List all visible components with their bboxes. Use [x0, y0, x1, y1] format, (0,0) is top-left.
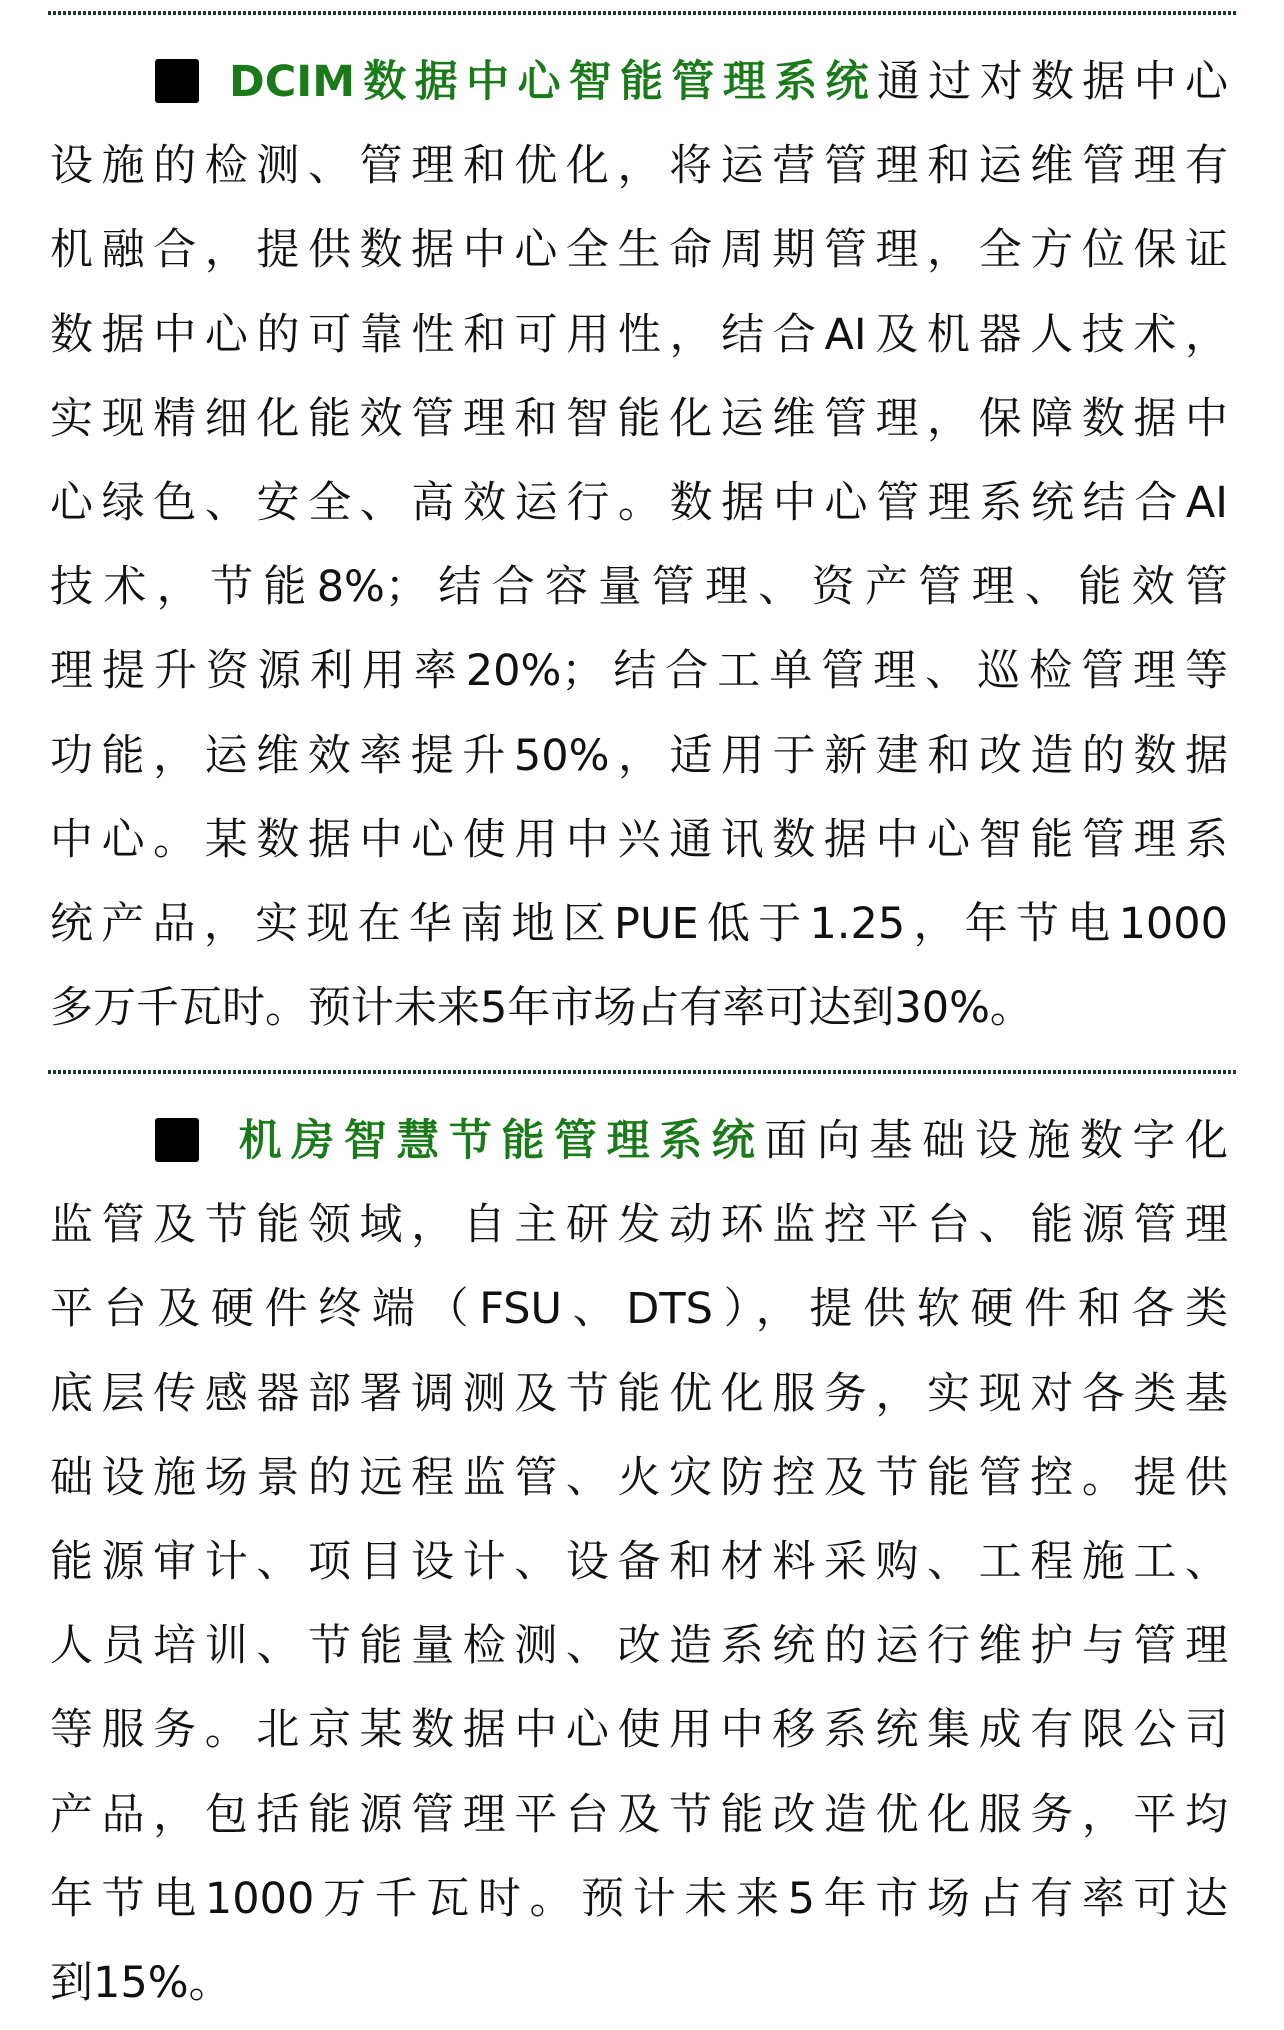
section-heading-line: DCIM数据中心智能管理系统通过对数据中心: [50, 40, 1228, 124]
body-line: 能源审计、项目设计、设备和材料采购、工程施工、: [50, 1520, 1228, 1604]
body-text: 通过对数据中心: [877, 57, 1228, 107]
body-line: 人员培训、节能量检测、改造系统的运行维护与管理: [50, 1604, 1228, 1688]
black-square-bullet-icon: [155, 59, 199, 103]
body-line: 平台及硬件终端（FSU、DTS），提供软硬件和各类: [50, 1267, 1228, 1351]
body-line: 设施的检测、管理和优化，将运营管理和运维管理有: [50, 124, 1228, 208]
body-line: 统产品，实现在华南地区PUE低于1.25，年节电1000: [50, 882, 1228, 966]
body-line: 中心。某数据中心使用中兴通讯数据中心智能管理系: [50, 798, 1228, 882]
section-heading-line: 机房智慧节能管理系统面向基础设施数字化: [50, 1099, 1228, 1183]
body-line: 心绿色、安全、高效运行。数据中心管理系统结合AI: [50, 461, 1228, 545]
body-line: 到15%。: [50, 1941, 1228, 2025]
body-line: 多万千瓦时。预计未来5年市场占有率可达到30%。: [50, 966, 1228, 1050]
body-line: 产品，包括能源管理平台及节能改造优化服务，平均: [50, 1773, 1228, 1857]
body-line: 监管及节能领域，自主研发动环监控平台、能源管理: [50, 1183, 1228, 1267]
body-line: 底层传感器部署调测及节能优化服务，实现对各类基: [50, 1352, 1228, 1436]
body-text: 面向基础设施数字化: [764, 1116, 1228, 1166]
body-line: 实现精细化能效管理和智能化运维管理，保障数据中: [50, 377, 1228, 461]
section-divider-top: [48, 11, 1236, 15]
section-divider-middle: [48, 1070, 1236, 1074]
product-title-room-energy: 机房智慧节能管理系统: [229, 1116, 764, 1166]
body-line: 础设施场景的远程监管、火灾防控及节能管控。提供: [50, 1436, 1228, 1520]
body-line: 年节电1000万千瓦时。预计未来5年市场占有率可达: [50, 1857, 1228, 1941]
section-dcim: DCIM数据中心智能管理系统通过对数据中心 设施的检测、管理和优化，将运营管理和…: [50, 40, 1228, 1050]
body-line: 理提升资源利用率20%；结合工单管理、巡检管理等: [50, 629, 1228, 713]
body-line: 等服务。北京某数据中心使用中移系统集成有限公司: [50, 1688, 1228, 1772]
product-title-dcim: DCIM数据中心智能管理系统: [229, 57, 877, 107]
body-line: 功能，运维效率提升50%，适用于新建和改造的数据: [50, 714, 1228, 798]
body-line: 机融合，提供数据中心全生命周期管理，全方位保证: [50, 208, 1228, 292]
section-room-energy: 机房智慧节能管理系统面向基础设施数字化 监管及节能领域，自主研发动环监控平台、能…: [50, 1099, 1228, 2025]
body-line: 技术，节能8%；结合容量管理、资产管理、能效管: [50, 545, 1228, 629]
black-square-bullet-icon: [155, 1118, 199, 1162]
body-line: 数据中心的可靠性和可用性，结合AI及机器人技术，: [50, 293, 1228, 377]
